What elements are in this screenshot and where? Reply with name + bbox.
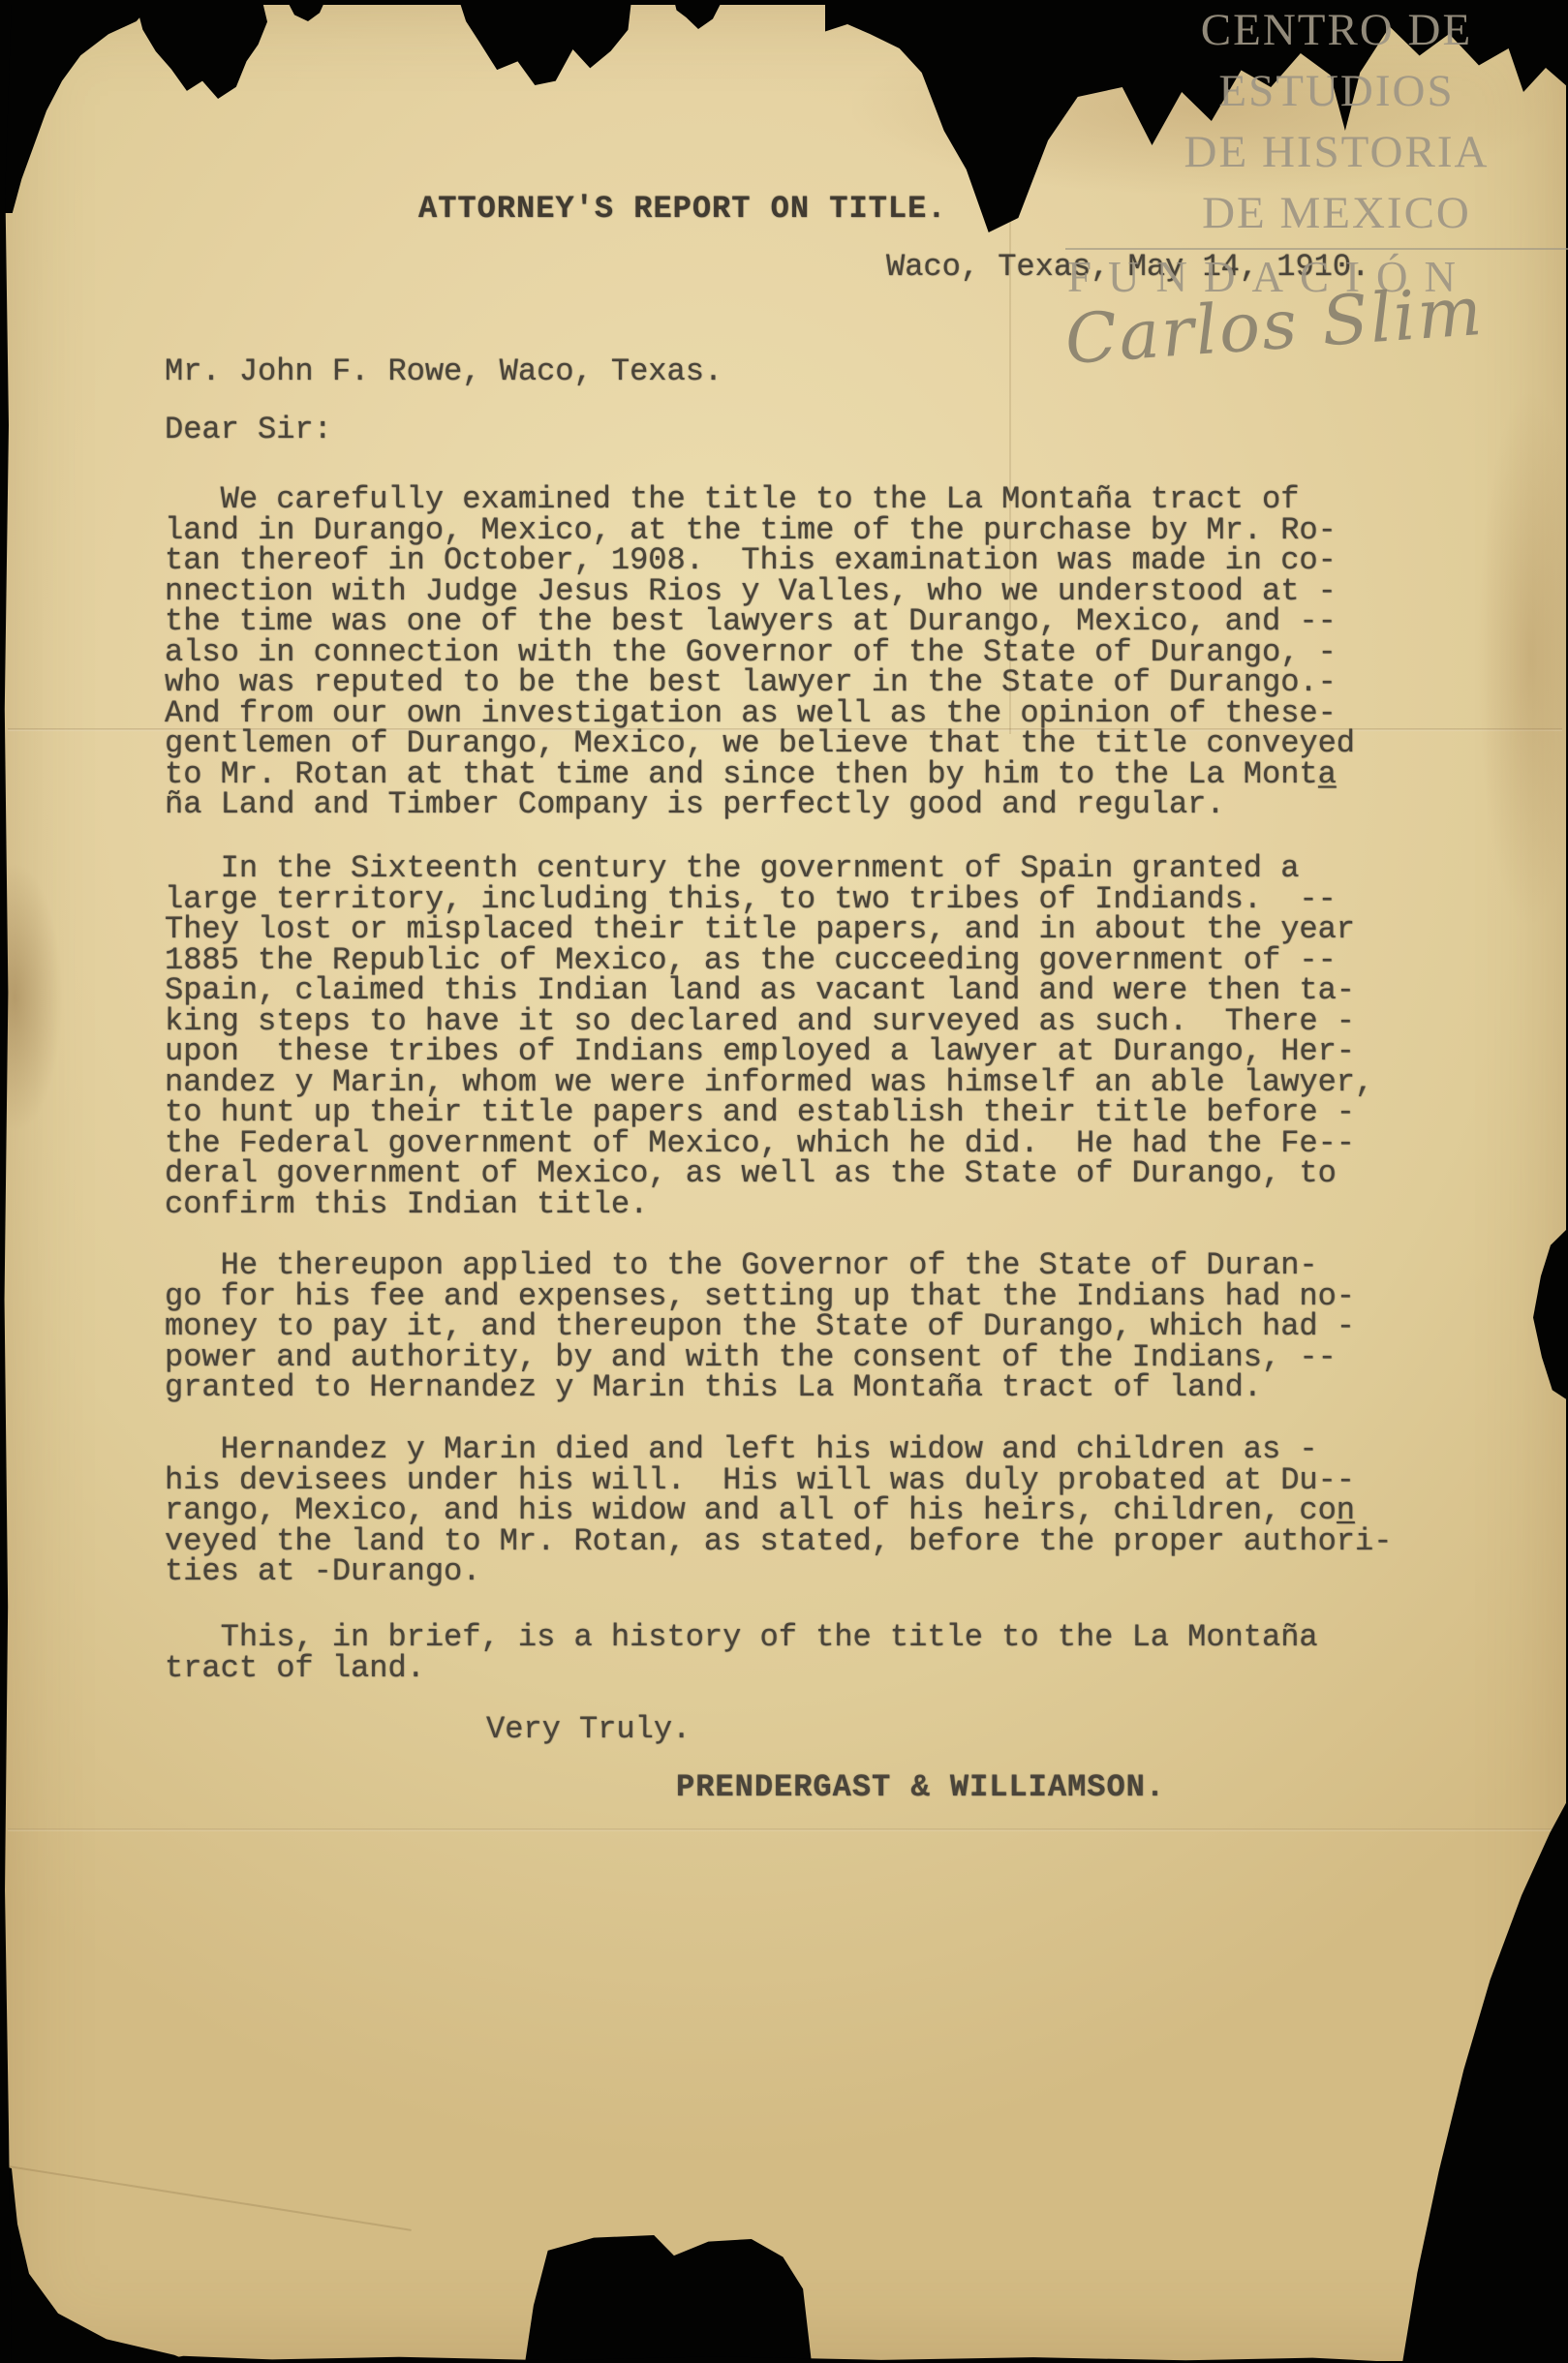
letter-paragraph-3: He thereupon applied to the Governor of …: [165, 1250, 1355, 1403]
watermark-archive-name: CENTRO DE ESTUDIOS DE HISTORIA DE MEXICO: [1143, 0, 1530, 244]
letter-closing: Very Truly.: [486, 1714, 691, 1745]
letter-paragraph-5: This, in brief, is a history of the titl…: [165, 1622, 1318, 1683]
watermark-divider: [1065, 248, 1568, 250]
letter-firm-signature: PRENDERGAST & WILLIAMSON.: [676, 1772, 1165, 1803]
fold-crease-lower: [8, 1828, 1562, 1831]
letter-recipient: Mr. John F. Rowe, Waco, Texas.: [165, 356, 723, 387]
torn-edge-bottom-hole: [525, 2235, 812, 2363]
scanned-document-canvas: ATTORNEY'S REPORT ON TITLE. Waco, Texas,…: [0, 0, 1568, 2363]
letter-title: ATTORNEY'S REPORT ON TITLE.: [418, 194, 946, 225]
letter-paragraph-1: We carefully examined the title to the L…: [165, 484, 1355, 820]
watermark-line-2: ESTUDIOS: [1143, 61, 1530, 122]
watermark-line-4: DE MEXICO: [1143, 183, 1530, 244]
watermark-line-1: CENTRO DE: [1143, 0, 1530, 61]
letter-salutation: Dear Sir:: [165, 414, 332, 445]
letter-paragraph-2: In the Sixteenth century the government …: [165, 853, 1373, 1219]
letter-paragraph-4: Hernandez y Marin died and left his wido…: [165, 1434, 1392, 1587]
watermark-line-3: DE HISTORIA: [1143, 122, 1530, 183]
